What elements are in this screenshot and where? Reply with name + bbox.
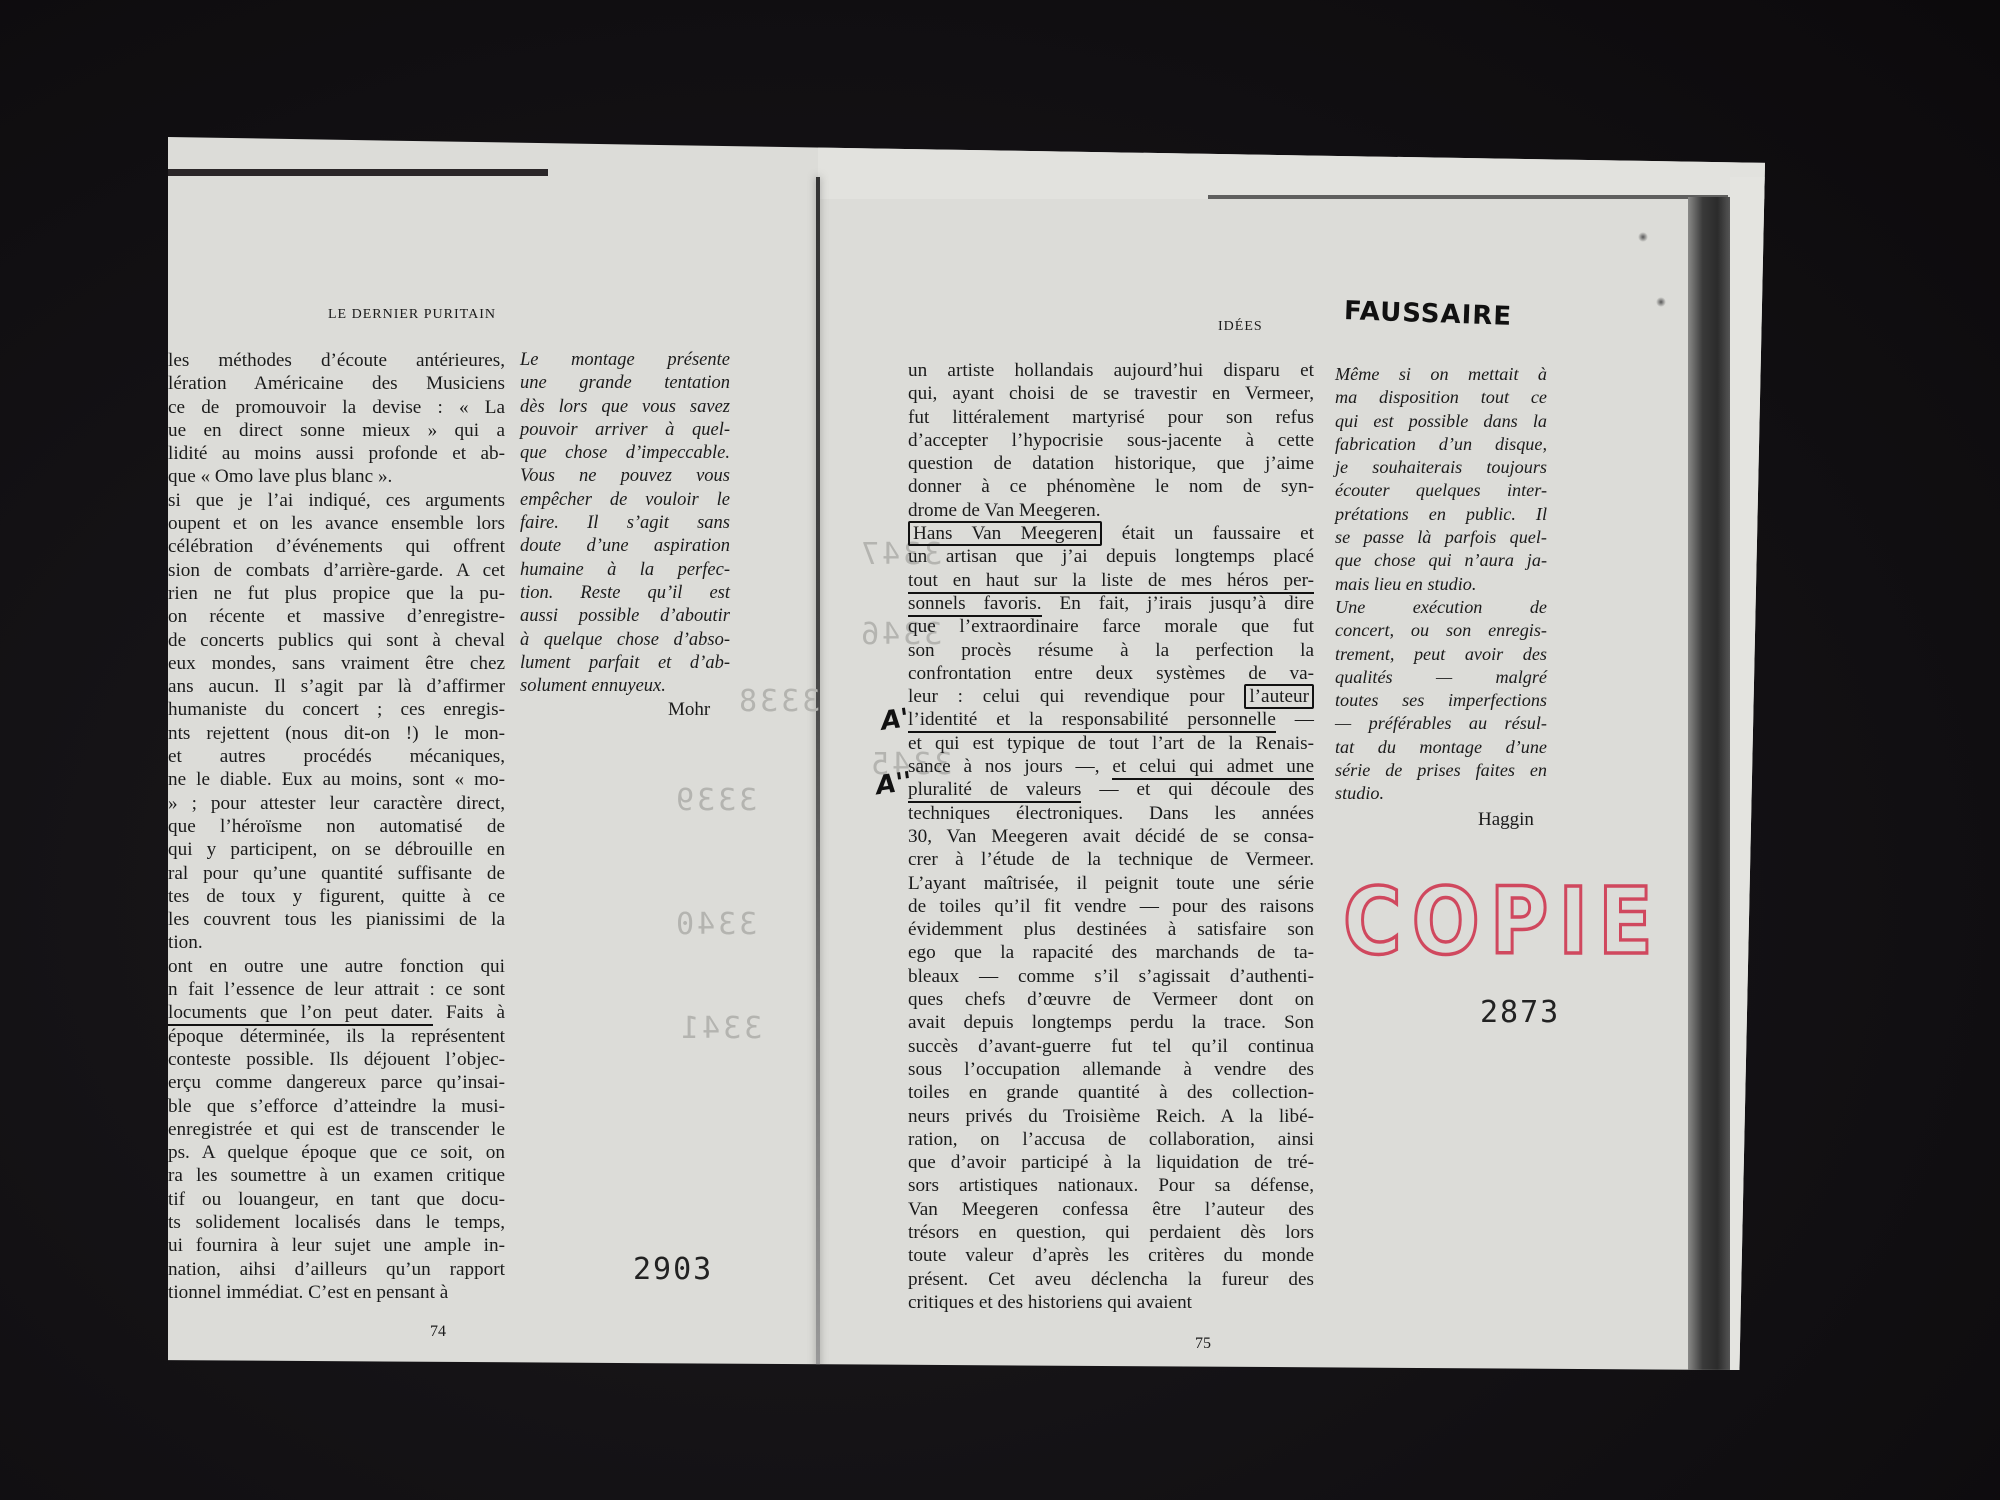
text-line: que chose d’impeccable.	[520, 442, 730, 465]
text-line: ne le diable. Eux au moins, sont « mo-	[168, 768, 505, 791]
text-line: que l’héroïsme non automatisé de	[168, 815, 505, 838]
scan-edge-shadow	[1688, 197, 1730, 1377]
text-line: crer à l’étude de la technique de Vermee…	[908, 848, 1314, 871]
text-line: que chose qui n’aura ja-	[1335, 549, 1547, 572]
text-line: Van Meegeren confessa être l’auteur des	[908, 1198, 1314, 1221]
text-line: tion. Reste qu’il est	[520, 582, 730, 605]
text-line: techniques électroniques. Dans les année…	[908, 802, 1314, 825]
text-line: d’accepter l’hypocrisie sous-jacente à c…	[908, 429, 1314, 452]
text-line: humaine à la perfec-	[520, 559, 730, 582]
right-archive-number: 2873	[1480, 995, 1560, 1030]
text-line: Le montage présente	[520, 349, 730, 372]
text-line: pluralité de valeurs — et qui découle de…	[908, 778, 1314, 801]
text-line: prétations en public. Il	[1335, 503, 1547, 526]
text-line: tionnel immédiat. C’est en pensant à	[168, 1281, 505, 1304]
text-line: solument ennuyeux.	[520, 675, 730, 698]
text-line: nts rejettent (nous dit-on !) le mon-	[168, 722, 505, 745]
text-line: de toiles qu’il fit vendre — pour des ra…	[908, 895, 1314, 918]
underline-annotation: l’identité et la responsabilité personne…	[908, 709, 1276, 733]
text-line: concert, ou son enregis-	[1335, 619, 1547, 642]
text-line: eux mondes, sans vraiment être chez	[168, 652, 505, 675]
text-line: — préférables au résul-	[1335, 712, 1547, 735]
text-line: que « Omo lave plus blanc ».	[168, 465, 505, 488]
underline-annotation: sonnels favoris.	[908, 593, 1042, 617]
text-line: avait depuis longtemps perdu la trace. S…	[908, 1011, 1314, 1034]
text-line: que d’avoir participé à la liquidation d…	[908, 1151, 1314, 1174]
text-line: ui fournira à leur sujet une ample in-	[168, 1234, 505, 1257]
text-line: si que je l’ai indiqué, ces arguments	[168, 489, 505, 512]
underline-annotation: locuments que l’on peut dater.	[168, 1002, 433, 1026]
text-line: tes de toux y figurent, quitte à ce	[168, 885, 505, 908]
left-quote-author: Mohr	[668, 699, 710, 721]
text-line: fut littéralement martyrisé pour son ref…	[908, 406, 1314, 429]
text-line: sous l’occupation allemande à vendre des	[908, 1058, 1314, 1081]
left-page-top-rule	[168, 169, 548, 176]
boxed-annotation: Hans Van Meegeren	[908, 521, 1102, 546]
text-line: fabrication d’un disque,	[1335, 433, 1547, 456]
right-pull-quote: Même si on mettait àma disposition tout …	[1335, 363, 1547, 806]
text-line: série de prises faites en	[1335, 759, 1547, 782]
text-line: leur : celui qui revendique pour l’auteu…	[908, 685, 1314, 708]
text-line: humaniste du concert ; ces enregis-	[168, 698, 505, 721]
text-line: lération Américaine des Musiciens	[168, 372, 505, 395]
text-line: sonnels favoris. En fait, j’irais jusqu’…	[908, 592, 1314, 615]
text-line: toutes ses imperfections	[1335, 689, 1547, 712]
left-archive-number: 2903	[633, 1252, 713, 1287]
text-line: on récente et massive d’enregistre-	[168, 605, 505, 628]
text-line: neurs privés du Troisième Reich. A la li…	[908, 1105, 1314, 1128]
text-line: tif ou louangeur, en tant que docu-	[168, 1188, 505, 1211]
underline-annotation: tout en haut sur la liste de mes héros p…	[908, 570, 1314, 594]
text-line: et qui est typique de tout l’art de la R…	[908, 732, 1314, 755]
text-line: qui est possible dans la	[1335, 410, 1547, 433]
text-line: que l’extraordinaire farce morale que fu…	[908, 615, 1314, 638]
text-line: Hans Van Meegeren était un faussaire et	[908, 522, 1314, 545]
text-line: critiques et des historiens qui avaient	[908, 1291, 1314, 1314]
text-line: empêcher de vouloir le	[520, 489, 730, 512]
left-body-text: les méthodes d’écoute antérieures,lérati…	[168, 349, 505, 1304]
text-line: ration, on l’accusa de collaboration, ai…	[908, 1128, 1314, 1151]
text-line: confrontation entre deux systèmes de va-	[908, 662, 1314, 685]
text-line: lument parfait et d’ab-	[520, 652, 730, 675]
text-line: toiles en grande quantité à des collecti…	[908, 1081, 1314, 1104]
bleed-through-number: 3340	[673, 907, 757, 942]
text-line: évidemment plus destinées à satisfaire s…	[908, 918, 1314, 941]
text-line: les couvrent tous les pianissimi de la	[168, 908, 505, 931]
toner-speck	[1638, 232, 1648, 242]
text-line: trésors en question, qui perdaient dès l…	[908, 1221, 1314, 1244]
text-line: époque déterminée, ils la représentent	[168, 1025, 505, 1048]
text-line: nation, aihsi d’ailleurs qu’un rapport	[168, 1258, 505, 1281]
text-line: ps. A quelque époque que ce soit, on	[168, 1141, 505, 1164]
text-line: n fait l’essence de leur attrait : ce so…	[168, 978, 505, 1001]
text-line: oupent et on les avance ensemble lors	[168, 512, 505, 535]
boxed-annotation: l’auteur	[1244, 684, 1314, 709]
underline-annotation: pluralité de valeurs	[908, 779, 1081, 803]
text-line: sance à nos jours —, et celui qui admet …	[908, 755, 1314, 778]
handwritten-note: FAUSSAIRE	[1344, 296, 1513, 332]
text-line: » ; pour attester leur caractère direct,	[168, 792, 505, 815]
text-line: dès lors que vous savez	[520, 396, 730, 419]
text-line: un artiste hollandais aujourd’hui dispar…	[908, 359, 1314, 382]
text-line: ont en outre une autre fonction qui	[168, 955, 505, 978]
text-line: faire. Il s’agit sans	[520, 512, 730, 535]
left-pull-quote: Le montage présenteune grande tentationd…	[520, 349, 730, 698]
text-line: ble que s’efforce d’atteindre la musi-	[168, 1095, 505, 1118]
text-line: L’ayant maîtrisée, il peignit toute une …	[908, 872, 1314, 895]
text-line: toute valeur d’après les critères du mon…	[908, 1244, 1314, 1267]
left-running-head: LE DERNIER PURITAIN	[328, 307, 496, 323]
text-line: enregistrée et qui est de transcender le	[168, 1118, 505, 1141]
text-line: drome de Van Meegeren.	[908, 499, 1314, 522]
text-line: ra les soumettre à un examen critique	[168, 1164, 505, 1187]
text-line: ques chefs d’œuvre de Vermeer dont on	[908, 988, 1314, 1011]
text-line: Même si on mettait à	[1335, 363, 1547, 386]
text-line: son procès résume à la perfection la	[908, 639, 1314, 662]
text-line: les méthodes d’écoute antérieures,	[168, 349, 505, 372]
right-folio: 75	[1195, 1335, 1211, 1353]
left-folio: 74	[430, 1323, 446, 1341]
text-line: qui, ayant choisi de se travestir en Ver…	[908, 382, 1314, 405]
text-line: tion.	[168, 931, 505, 954]
text-line: ego que la rapacité des marchands de ta-	[908, 941, 1314, 964]
text-line: se passe là parfois quel-	[1335, 526, 1547, 549]
text-line: Une exécution de	[1335, 596, 1547, 619]
right-paper-margin	[1730, 177, 1770, 1377]
text-line: sion de combats d’arrière-garde. A cet	[168, 559, 505, 582]
text-line: ts solidement localisés dans le temps,	[168, 1211, 505, 1234]
copie-stamp: COPIE	[1343, 868, 1663, 975]
text-line: 30, Van Meegeren avait décidé de se cons…	[908, 825, 1314, 848]
text-line: l’identité et la responsabilité personne…	[908, 708, 1314, 731]
text-line: doute d’une aspiration	[520, 535, 730, 558]
text-line: à quelque chose d’abso-	[520, 629, 730, 652]
text-line: qui y participent, on se débrouille en	[168, 838, 505, 861]
right-page-top-margin	[818, 137, 1768, 199]
text-line: tat du montage d’une	[1335, 736, 1547, 759]
text-line: écouter quelques inter-	[1335, 479, 1547, 502]
text-line: tout en haut sur la liste de mes héros p…	[908, 569, 1314, 592]
text-line: aussi possible d’aboutir	[520, 605, 730, 628]
bleed-through-number: 3341	[678, 1011, 762, 1046]
text-line: trement, peut avoir des	[1335, 643, 1547, 666]
text-line: et autres procédés mécaniques,	[168, 745, 505, 768]
text-line: ral pour qu’une quantité suffisante de	[168, 862, 505, 885]
text-line: pouvoir arriver à quel-	[520, 419, 730, 442]
text-line: studio.	[1335, 782, 1547, 805]
right-quote-author: Haggin	[1478, 809, 1534, 831]
text-line: célébration d’événements qui offrent	[168, 535, 505, 558]
photocopied-book-spread: LE DERNIER PURITAIN les méthodes d’écout…	[168, 137, 1765, 1370]
text-line: conteste possible. Ils déjouent l’objec-	[168, 1048, 505, 1071]
right-body-text: un artiste hollandais aujourd’hui dispar…	[908, 359, 1314, 1314]
scan-shadow	[1208, 195, 1728, 199]
text-line: mais lieu en studio.	[1335, 573, 1547, 596]
text-line: bleaux — comme s’il s’agissait d’authent…	[908, 965, 1314, 988]
bleed-through-number: 3338	[736, 684, 820, 719]
text-line: rien ne fut plus propice que la pu-	[168, 582, 505, 605]
toner-speck	[1656, 297, 1666, 307]
text-line: Vous ne pouvez vous	[520, 465, 730, 488]
underline-annotation: et celui qui admet une	[1112, 756, 1314, 780]
margin-mark-a-prime: A'	[879, 703, 911, 737]
text-line: qualités — malgré	[1335, 666, 1547, 689]
text-line: présent. Cet aveu déclencha la fureur de…	[908, 1268, 1314, 1291]
text-line: locuments que l’on peut dater. Faits à	[168, 1001, 505, 1024]
book-spine	[816, 177, 820, 1372]
text-line: question de datation historique, que j’a…	[908, 452, 1314, 475]
text-line: lidité au moins aussi profonde et ab-	[168, 442, 505, 465]
text-line: un artisan que j’ai depuis longtemps pla…	[908, 545, 1314, 568]
text-line: ce de promouvoir la devise : « La	[168, 396, 505, 419]
text-line: sors artistiques nationaux. Pour sa défe…	[908, 1174, 1314, 1197]
bleed-through-number: 3339	[673, 783, 757, 818]
text-line: ans aucun. Il s’agit par là d’affirmer	[168, 675, 505, 698]
text-line: je souhaiterais toujours	[1335, 456, 1547, 479]
right-running-head: IDÉES	[1218, 319, 1263, 335]
text-line: ma disposition tout ce	[1335, 386, 1547, 409]
text-line: ue en direct sonne mieux » qui a	[168, 419, 505, 442]
text-line: de concerts publics qui sont à cheval	[168, 629, 505, 652]
text-line: erçu comme dangereux parce qu’insai-	[168, 1071, 505, 1094]
text-line: donner à ce phénomène le nom de syn-	[908, 475, 1314, 498]
text-line: succès d’avant-guerre fut tel qu’il cont…	[908, 1035, 1314, 1058]
text-line: une grande tentation	[520, 372, 730, 395]
margin-mark-a-double-prime: A''	[874, 767, 914, 802]
